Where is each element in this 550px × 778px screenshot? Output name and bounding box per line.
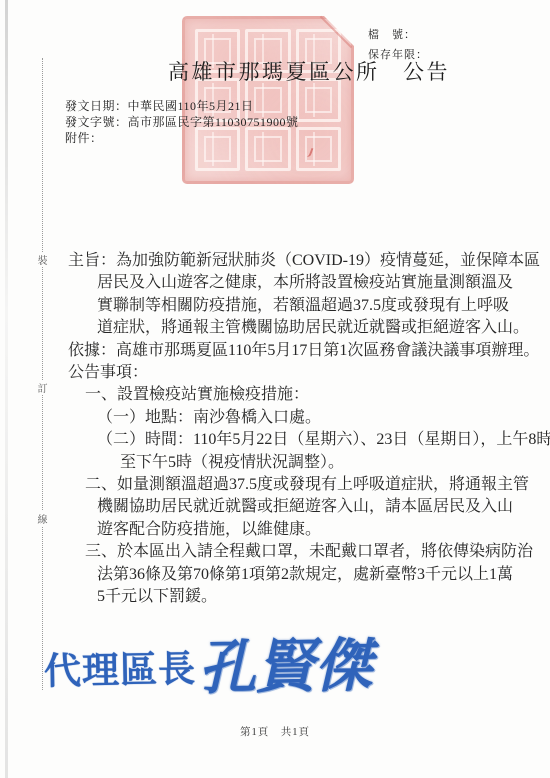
file-number-label: 檔 號： bbox=[368, 25, 428, 45]
body-line: 主旨：為加強防範新冠狀肺炎（COVID-19）疫情蔓延，並保障本區 bbox=[0, 250, 550, 272]
issue-number-line: 發文字號：高市那區民字第11030751900號 bbox=[65, 114, 299, 130]
announcement-body: 主旨：為加強防範新冠狀肺炎（COVID-19）疫情蔓延，並保障本區居民及入山遊客… bbox=[0, 250, 550, 609]
body-line: 至下午5時（視疫情狀況調整）。 bbox=[0, 452, 550, 474]
issue-date-line: 發文日期：中華民國110年5月21日 bbox=[65, 98, 299, 114]
body-line: 機關協助居民就近就醫或拒絕遊客入山，請本區居民及入山 bbox=[0, 496, 550, 518]
seal-folded-corner bbox=[324, 16, 354, 46]
body-line: 5千元以下罰鍰。 bbox=[0, 586, 550, 608]
body-line: （一）地點：南沙魯橋入口處。 bbox=[0, 407, 550, 429]
body-line: 一、設置檢疫站實施檢疫措施： bbox=[0, 384, 550, 406]
body-line: 依據：高雄市那瑪夏區110年5月17日第1次區務會議決議事項辦理。 bbox=[0, 340, 550, 362]
body-line: 居民及入山遊客之健康，本所將設置檢疫站實施量測額溫及 bbox=[0, 272, 550, 294]
document-meta: 發文日期：中華民國110年5月21日 發文字號：高市那區民字第110307519… bbox=[65, 98, 299, 146]
body-line: 公告事項： bbox=[0, 362, 550, 384]
body-line: 實聯制等相關防疫措施，若額溫超過37.5度或發現有上呼吸 bbox=[0, 295, 550, 317]
signature-stamp: 代理區長 孔賢傑 bbox=[44, 637, 373, 697]
seal-glyph-cell bbox=[296, 127, 341, 171]
body-line: 道症狀，將通報主管機關協助居民就近就醫或拒絕遊客入山。 bbox=[0, 317, 550, 339]
attachment-line: 附件： bbox=[65, 130, 299, 146]
page-number-footer: 第1頁 共1頁 bbox=[0, 724, 550, 739]
body-line: 三、於本區出入請全程戴口罩，未配戴口罩者，將依傳染病防治 bbox=[0, 541, 550, 563]
document-title: 高雄市那瑪夏區公所 公告 bbox=[168, 56, 450, 86]
body-line: 二、如量測額溫超過37.5度或發現有上呼吸道症狀，將通報主管 bbox=[0, 474, 550, 496]
signature-title: 代理區長 bbox=[44, 651, 197, 697]
signature-name: 孔賢傑 bbox=[198, 637, 373, 698]
body-line: （二）時間：110年5月22日（星期六）、23日（星期日），上午8時 bbox=[0, 429, 550, 451]
body-line: 遊客配合防疫措施，以維健康。 bbox=[0, 519, 550, 541]
body-line: 法第36條及第70條第1項第2款規定，處新臺幣3千元以上1萬 bbox=[0, 564, 550, 586]
